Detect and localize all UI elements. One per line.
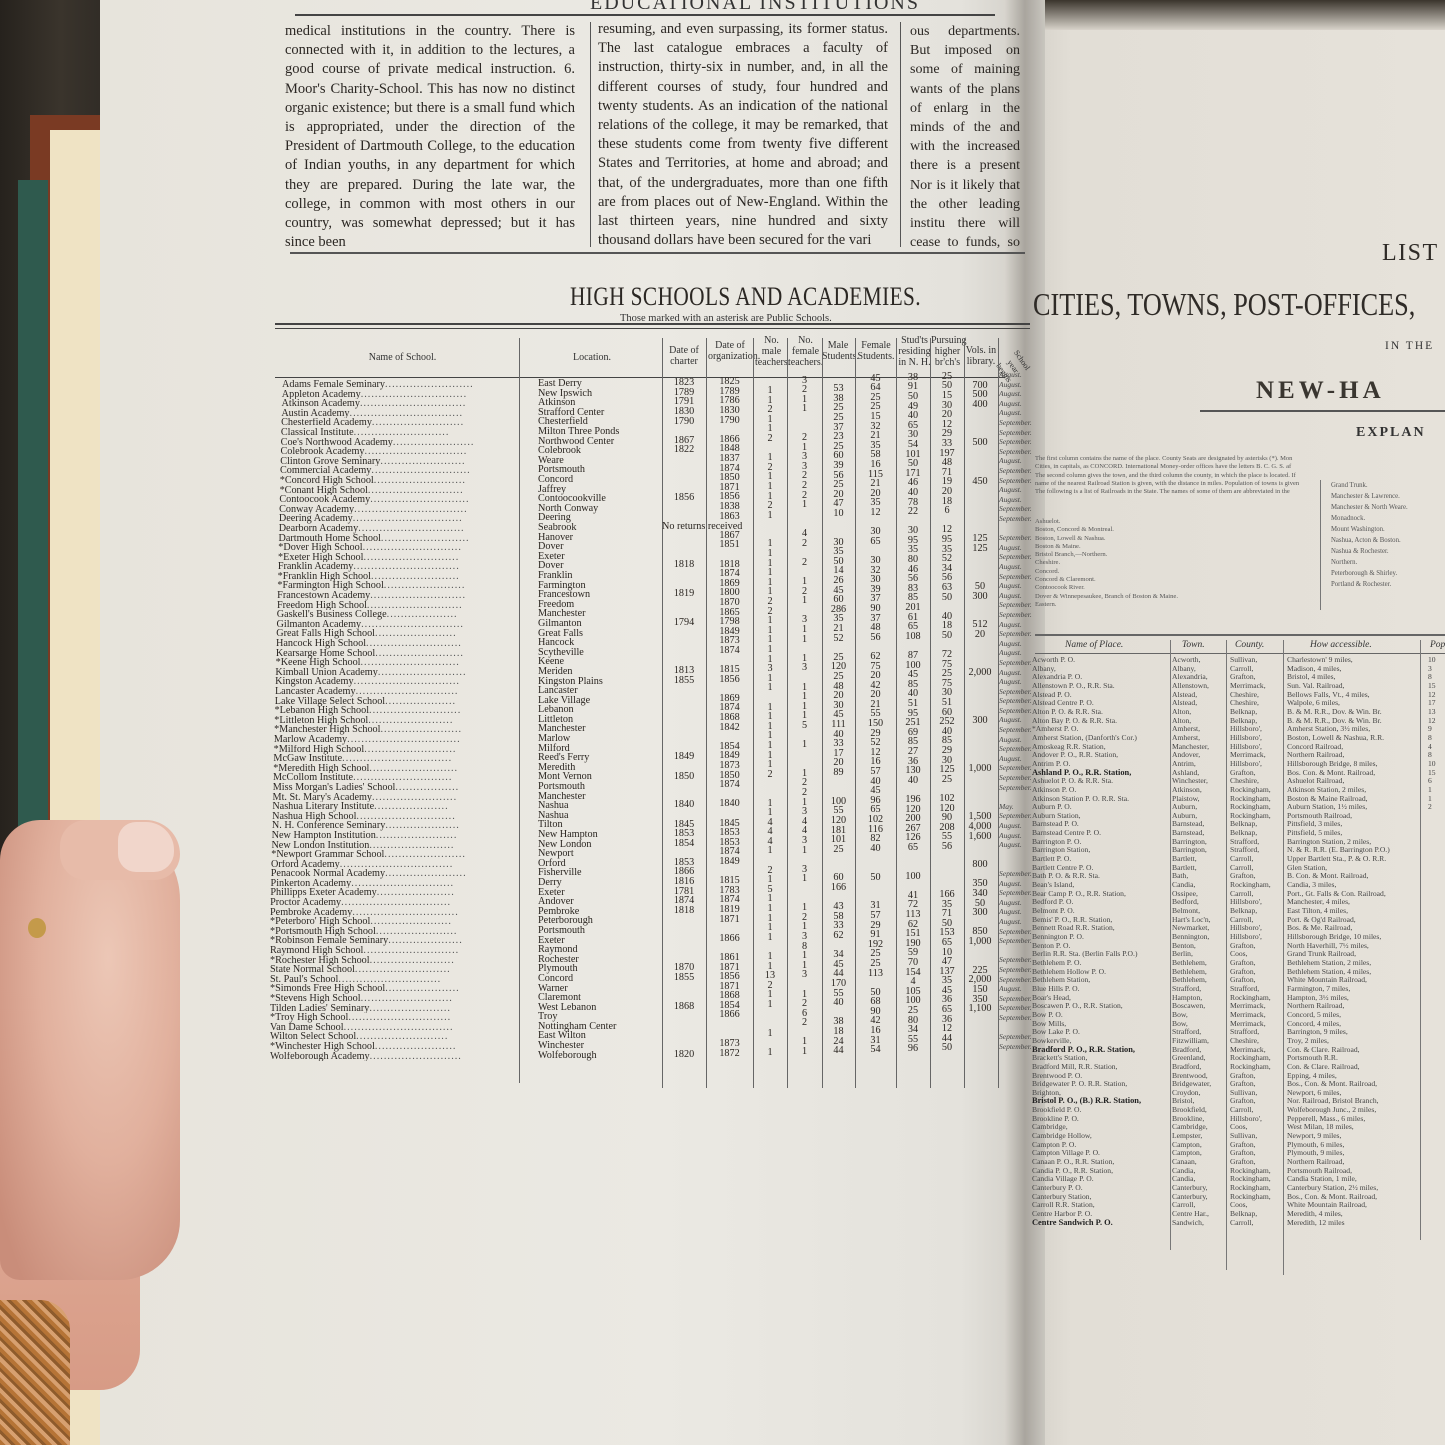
leader-dots: .......................... [369, 706, 461, 716]
table-row [662, 465, 706, 475]
leader-dots: ........................... [368, 486, 464, 496]
table-row: *Newport Grammar School.................… [270, 850, 520, 860]
leader-dots: .............................. [353, 562, 459, 572]
table-row: State Normal School.....................… [270, 965, 520, 975]
text-column-2: resuming, and even surpassing, its forme… [598, 20, 888, 250]
col-header-name: Name of School. [290, 352, 515, 363]
table-row: Van Dame School.........................… [270, 1023, 520, 1033]
male-teachers-column: 1121121211121111111221111131111111112114… [753, 376, 787, 1057]
table-row: 1842 [706, 723, 753, 733]
table-row [753, 520, 787, 530]
table-row: Wolfeborough [538, 1051, 663, 1061]
ring [28, 918, 46, 938]
table-row: Lancaster Academy.......................… [270, 687, 520, 697]
table-row: 800 [964, 860, 996, 870]
col-header-county: County. [1235, 640, 1264, 650]
table-row: September. [999, 1003, 1029, 1013]
table-row [662, 733, 706, 743]
table-row [964, 688, 996, 698]
table-row: Francestown Academy.....................… [270, 591, 520, 601]
table-row [662, 503, 706, 513]
table-row: Marlow Academy..........................… [270, 735, 520, 745]
table-row [964, 947, 996, 957]
table-row [964, 448, 996, 458]
list-item: Northern. [1331, 557, 1408, 568]
table-row: Appleton Academy........................… [270, 390, 520, 400]
table-row: 25 [930, 775, 964, 785]
table-row: Wilton Select School....................… [270, 1032, 520, 1042]
table-row [964, 793, 996, 803]
leader-dots: ....................... [375, 1042, 457, 1052]
leader-dots: ....................... [384, 581, 466, 591]
table-row: 65 [896, 843, 930, 853]
table-row: 108 [896, 632, 930, 642]
table-row: September. [999, 706, 1029, 716]
table-row: 1840 [662, 800, 706, 810]
table-row [964, 563, 996, 573]
list-item: Contoocook River. [1035, 584, 1178, 592]
table-row: September. [999, 869, 1029, 879]
table-row: September. [999, 975, 1029, 985]
table-row: *Littleton High School..................… [270, 716, 520, 726]
col-divider [1420, 640, 1421, 1240]
col-header-higher: Pursuing higher br'ch's [931, 335, 964, 368]
leader-dots: ......................... [378, 668, 467, 678]
table-row [964, 409, 996, 419]
table-row [662, 1031, 706, 1041]
table-row: 3 [787, 970, 822, 980]
table-row: Deering Academy.........................… [270, 514, 520, 524]
table-row [662, 944, 706, 954]
table-row: August. [999, 581, 1029, 591]
table-row: 1 [787, 740, 822, 750]
residing-column: 3891504940653054101501714640782230953580… [896, 373, 930, 1054]
leader-dots: ............................ [363, 543, 462, 553]
railroads-list-right: Grand Trunk.Manchester & Lawrence.Manche… [1331, 480, 1408, 590]
table-row [787, 750, 822, 760]
leader-dots: ........................... [355, 965, 451, 975]
school-year-column: August.August.August.August.August.Septe… [999, 370, 1029, 1051]
table-row: 1790 [662, 417, 706, 427]
table-row: 1851 [706, 540, 753, 550]
location-column: East DerryNew IpswichAtkinsonStrafford C… [538, 379, 663, 1060]
table-row: 50 [930, 631, 964, 641]
right-title-state: NEW-HA [1256, 377, 1385, 405]
list-item: Centre Sandwich P. O. [1032, 1219, 1141, 1228]
female-students-column: 4564252515322135581611521203512306530323… [855, 374, 896, 1055]
table-row: *Dover High School......................… [270, 543, 520, 553]
charter-column: 18231789179118301790186718221856No retur… [662, 378, 706, 1059]
table-row: 1818 [662, 906, 706, 916]
table-row: August. [999, 840, 1029, 850]
leader-dots: ....................... [380, 725, 462, 735]
table-row: 1820 [662, 1050, 706, 1060]
table-row: August. [999, 620, 1029, 630]
table-row [964, 496, 996, 506]
table-row: September. [999, 447, 1029, 457]
table-row [964, 1014, 996, 1024]
leader-dots: ....................... [385, 869, 467, 879]
list-item: Bristol Branch,—Northern. [1035, 551, 1178, 559]
knit-sleeve [0, 1300, 70, 1445]
population-column: 10381512171312984810156112 [1428, 656, 1436, 812]
table-row: 1 [753, 846, 787, 856]
explanation-heading: EXPLAN [1356, 425, 1426, 441]
table-row: 1 [753, 1000, 787, 1010]
table-row: 89 [822, 768, 855, 778]
access-column: Charlestown' 9 miles,Madison, 4 miles,Br… [1287, 656, 1390, 1227]
leader-dots: ..................... [388, 936, 462, 946]
table-row: September. [999, 629, 1029, 639]
table-row [662, 474, 706, 484]
table-row: 25 [822, 845, 855, 855]
leader-dots: ................................ [340, 860, 454, 870]
leader-dots: ............................. [356, 687, 459, 697]
table-row [787, 414, 822, 424]
leader-dots: ........................... [363, 553, 459, 563]
table-row: 1855 [662, 973, 706, 983]
leader-dots: ............................... [341, 898, 451, 908]
table-row: 50 [855, 873, 896, 883]
table-row: August. [999, 715, 1029, 725]
table-row: August. [999, 408, 1029, 418]
leader-dots: .................... [385, 697, 456, 707]
table-row: 10 [822, 509, 855, 519]
places-column: Acworth P. O.Albany,Alexandria P. O.Alle… [1032, 656, 1141, 1227]
leader-dots: ....................... [369, 1004, 451, 1014]
col-header-female-teachers: No. female teachers. [788, 335, 823, 368]
table-row [855, 853, 896, 863]
table-row: 50 [930, 1043, 964, 1053]
leader-dots: ...................... [377, 888, 455, 898]
leader-dots: ....................... [375, 629, 457, 639]
table-row: 500 [964, 438, 996, 448]
table-row: Kingston Academy........................… [270, 677, 520, 687]
col-header-female-students: Female Students. [856, 340, 896, 362]
table-row: August. [999, 370, 1029, 380]
table-row [964, 784, 996, 794]
table-row: Kimball Union Academy...................… [270, 668, 520, 678]
list-item: Boston, Concord & Montreal. [1035, 526, 1178, 534]
table-row: 1 [753, 511, 787, 521]
table-row: *Exeter High School.....................… [270, 553, 520, 563]
col-header-access: How accessible. [1310, 640, 1372, 650]
leader-dots: ......................... [371, 572, 460, 582]
table-row: September. [999, 994, 1029, 1004]
table-row [964, 515, 996, 525]
leader-dots: ......................... [369, 764, 458, 774]
leader-dots: ............................ [370, 495, 469, 505]
table-row: 6 [930, 506, 964, 516]
col-header-town: Town. [1182, 640, 1205, 650]
table-row [822, 519, 855, 529]
table-row: Nashua Literary Institute...............… [270, 802, 520, 812]
table-row: Great Falls High School.................… [270, 629, 520, 639]
leader-dots: ....................... [384, 850, 466, 860]
table-row: Lake Village Select School..............… [270, 697, 520, 707]
table-row [662, 1021, 706, 1031]
table-row: 22 [896, 507, 930, 517]
table-row [662, 570, 706, 580]
table-row: 1866 [706, 1010, 753, 1020]
running-head: EDUCATIONAL INSTITUTIONS [590, 0, 920, 15]
table-row: New London Institution..................… [270, 841, 520, 851]
table-row [964, 841, 996, 851]
table-row: 1856 [706, 675, 753, 685]
table-row: 300 [964, 908, 996, 918]
table-row [662, 599, 706, 609]
leader-dots: ............................ [356, 812, 455, 822]
table-row: September. [999, 600, 1029, 610]
leader-dots: .............................. [352, 908, 458, 918]
table-row: 20 [964, 630, 996, 640]
table-row: Orford Academy..........................… [270, 860, 520, 870]
table-row: *Winchester High School.................… [270, 1042, 520, 1052]
table-row: Gaskell's Business College..............… [270, 610, 520, 620]
leader-dots: .......................... [374, 476, 466, 486]
table-row: 56 [930, 842, 964, 852]
table-row: 1 [753, 1029, 787, 1039]
table-row: August. [999, 668, 1029, 678]
table-row: 1,000 [964, 764, 996, 774]
table-row: 1 [787, 1047, 822, 1057]
table-row: 1850 [662, 772, 706, 782]
table-row: August. [999, 591, 1029, 601]
table-row: August. [999, 754, 1029, 764]
list-item: Manchester & North Weare. [1331, 502, 1408, 513]
table-row: September. [999, 1013, 1029, 1023]
title-rule [1200, 410, 1445, 412]
leader-dots: ............................. [361, 620, 464, 630]
table-row: September. [999, 773, 1029, 783]
table-row: August. [999, 898, 1029, 908]
list-item: Peterborough & Shirley. [1331, 568, 1408, 579]
leader-dots: ............................ [361, 658, 460, 668]
right-title-list: LIST [1382, 240, 1439, 267]
list-item: Cheshire. [1035, 559, 1178, 567]
counties-column: Sullivan,Carroll,Grafton,Merrimack,Chesh… [1230, 656, 1271, 1227]
list-item: Eastern. [1035, 601, 1178, 609]
table-row: Hancock High School.....................… [270, 639, 520, 649]
table-row [753, 1010, 787, 1020]
leader-dots: ........................ [380, 457, 465, 467]
school-name-column: Adams Female Seminary...................… [270, 380, 520, 1061]
col-header-male-students: Male Students. [822, 340, 854, 362]
table-row: September. [999, 552, 1029, 562]
col-header-organization: Date of organization. [708, 340, 752, 362]
table-row: September. [999, 811, 1029, 821]
table-row [999, 859, 1029, 869]
table-row: *Peterboro' High School.................… [270, 917, 520, 927]
table-row [787, 510, 822, 520]
table-row: Austin Academy..........................… [270, 409, 520, 419]
leader-dots: ........................... [370, 591, 466, 601]
table-row: *Stevens High School....................… [270, 994, 520, 1004]
table-row: September. [999, 418, 1029, 428]
table-row: 1871 [706, 915, 753, 925]
table-row: 96 [896, 1044, 930, 1054]
table-row: *Concord High School....................… [270, 476, 520, 486]
table-row [662, 532, 706, 542]
table-row [662, 695, 706, 705]
table-row: September. [999, 936, 1029, 946]
leader-dots: ........................... [354, 428, 450, 438]
higher-column: 2550153020122933197487119201861295355234… [930, 372, 964, 1053]
table-row: Proctor Academy.........................… [270, 898, 520, 908]
table-row [662, 455, 706, 465]
table-row [662, 781, 706, 791]
table-row: 166 [822, 883, 855, 893]
table-row: 1863 [706, 512, 753, 522]
leader-dots: .......................... [372, 418, 464, 428]
leader-dots: .................... [387, 610, 458, 620]
table-row: August. [999, 879, 1029, 889]
list-item: Dover & Winnepesaukee, Branch of Boston … [1035, 593, 1178, 601]
list-item: Sandwich, [1172, 1219, 1211, 1228]
table-row [662, 704, 706, 714]
table-row [706, 1020, 753, 1030]
col-header-population: Pop [1430, 640, 1445, 650]
table-row: 40 [896, 776, 930, 786]
table-row: Gilmanton Academy.......................… [270, 620, 520, 630]
table-row: Adams Female Seminary...................… [270, 380, 520, 390]
leader-dots: .................. [395, 783, 459, 793]
leader-dots: ......................... [375, 649, 464, 659]
table-row: Freedom High School.....................… [270, 601, 520, 611]
table-row [662, 925, 706, 935]
table-row: Pinkerton Academy.......................… [270, 879, 520, 889]
thumbnail [118, 822, 174, 872]
table-row: 3 [787, 663, 822, 673]
table-row: August. [999, 380, 1029, 390]
table-row: Kearsarge Home School...................… [270, 649, 520, 659]
table-row: September. [999, 783, 1029, 793]
leader-dots: ........................... [363, 946, 459, 956]
table-row: September. [999, 888, 1029, 898]
table-row: 1819 [662, 589, 706, 599]
table-row: September. [999, 955, 1029, 965]
shadow-top-right [1035, 0, 1445, 30]
table-row: 2 [787, 558, 822, 568]
table-row: 1874 [706, 646, 753, 656]
list-item: The first column contains the name of th… [1035, 455, 1445, 463]
table-row [662, 541, 706, 551]
table-row: August. [999, 456, 1029, 466]
col-header-place: Name of Place. [1065, 640, 1123, 650]
table-row [999, 946, 1029, 956]
table-row [753, 779, 787, 789]
table-row: New Hampton Institution.................… [270, 831, 520, 841]
railroads-divider [1320, 480, 1321, 610]
leader-dots: .............................. [358, 524, 464, 534]
table-row: Atkinson Academy........................… [270, 399, 520, 409]
leader-dots: ................................ [347, 735, 461, 745]
table-row: September. [999, 965, 1029, 975]
table-row: August. [999, 639, 1029, 649]
table-row: August. [999, 735, 1029, 745]
table-row [662, 724, 706, 734]
leader-dots: ............................. [338, 975, 441, 985]
list-item: Monadnock. [1331, 513, 1408, 524]
table-row: August. [999, 543, 1029, 553]
col-header-charter: Date of charter [664, 345, 704, 367]
list-item: Carroll, [1230, 1219, 1271, 1228]
table-row [855, 882, 896, 892]
list-item: Grand Trunk. [1331, 480, 1408, 491]
table-row: 44 [822, 1046, 855, 1056]
list-item: 2 [1428, 803, 1436, 812]
hand [0, 820, 180, 1280]
leader-dots: ........................ [370, 956, 455, 966]
table-row: 1849 [706, 857, 753, 867]
table-row: 1849 [662, 752, 706, 762]
table-row: September. [999, 610, 1029, 620]
table-row: September. [999, 658, 1029, 668]
places-header-rule [1035, 653, 1445, 654]
table-row [964, 649, 996, 659]
table-row: 1856 [662, 493, 706, 503]
leader-dots: ....................... [376, 927, 458, 937]
table-row: *Manchester High School.................… [270, 725, 520, 735]
table-title: HIGH SCHOOLS AND ACADEMIES. [570, 282, 921, 312]
table-row: September. [999, 428, 1029, 438]
table-row: 1,600 [964, 832, 996, 842]
table-row [964, 457, 996, 467]
leader-dots: ........................ [372, 793, 457, 803]
table-row: Mt. St. Mary's Academy..................… [270, 793, 520, 803]
table-row: St. Paul's School.......................… [270, 975, 520, 985]
table-row [896, 852, 930, 862]
leader-dots: ....................... [376, 831, 458, 841]
table-row: 1866 [706, 934, 753, 944]
table-row: Tilden Ladies' Seminary.................… [270, 1004, 520, 1014]
leader-dots: ..................... [385, 984, 459, 994]
table-row: *Keene High School......................… [270, 658, 520, 668]
table-row [964, 1023, 996, 1033]
table-row [662, 983, 706, 993]
column-divider [900, 22, 901, 247]
leader-dots: ................................ [350, 409, 464, 419]
table-row: Clinton Grove Seminary..................… [270, 457, 520, 467]
table-row: *Portsmouth High School.................… [270, 927, 520, 937]
list-item: Concord. [1035, 568, 1178, 576]
table-row [964, 736, 996, 746]
table-row: 450 [964, 477, 996, 487]
leader-dots: ......................... [385, 380, 474, 390]
table-row: August. [999, 677, 1029, 687]
table-row: August. [999, 907, 1029, 917]
table-row [964, 553, 996, 563]
table-row: 40 [855, 844, 896, 854]
table-row [822, 778, 855, 788]
table-row: August. [999, 485, 1029, 495]
table-row: 1 [753, 1048, 787, 1058]
section-rule [290, 252, 1025, 254]
leader-dots: .............................. [360, 399, 466, 409]
table-row: September. [999, 514, 1029, 524]
table-row [999, 792, 1029, 802]
table-row: McGaw Institute.........................… [270, 754, 520, 764]
table-row: 1 [787, 874, 822, 884]
table-row: Wolfeborough Academy....................… [270, 1052, 520, 1062]
table-row: 1 [787, 500, 822, 510]
table-row: September. [999, 1042, 1029, 1052]
table-row: *Troy High School.......................… [270, 1013, 520, 1023]
table-row [964, 505, 996, 515]
table-row: 50 [930, 593, 964, 603]
leader-dots: ..................... [374, 802, 448, 812]
table-row [964, 726, 996, 736]
